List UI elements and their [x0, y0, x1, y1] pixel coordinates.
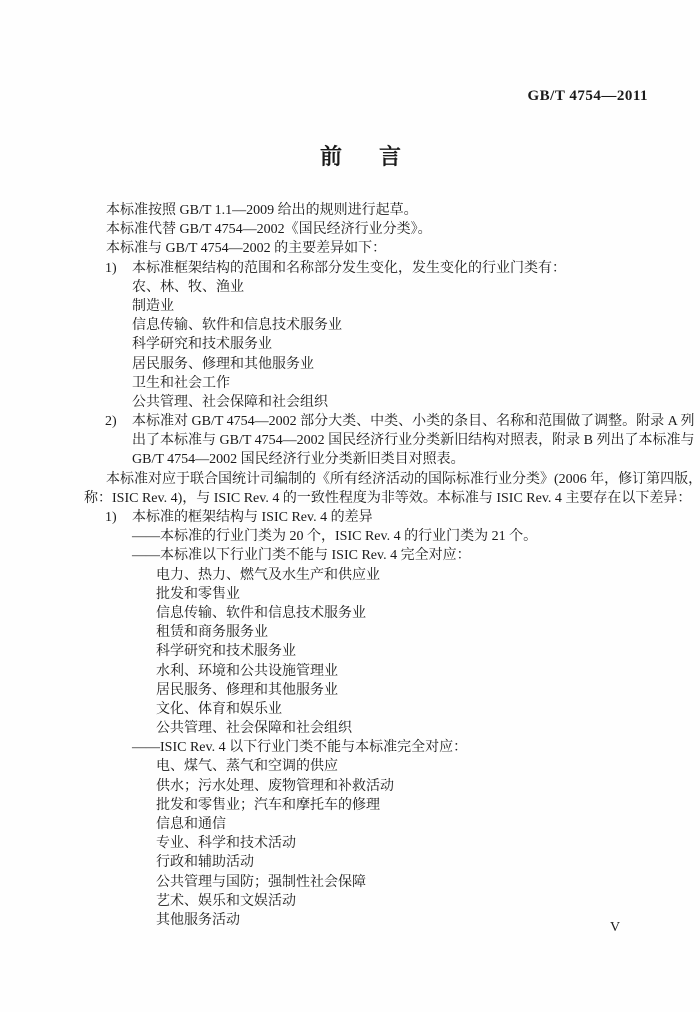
doc-line: 专业、科学和技术活动 [84, 834, 684, 853]
line-text: 本标准的框架结构与 ISIC Rev. 4 的差异 [132, 510, 373, 525]
doc-line: 信息和通信 [84, 815, 684, 834]
line-text: 本标准与 GB/T 4754—2002 的主要差异如下： [106, 241, 386, 256]
line-text: 文化、体育和娱乐业 [156, 702, 282, 717]
line-text: ——本标准以下行业门类不能与 ISIC Rev. 4 完全对应： [132, 548, 471, 563]
line-text: 电、煤气、蒸气和空调的供应 [156, 759, 338, 774]
line-text: GB/T 4754—2002 国民经济行业分类新旧类目对照表。 [132, 452, 465, 467]
line-text: 卫生和社会工作 [132, 376, 230, 391]
doc-line: ——ISIC Rev. 4 以下行业门类不能与本标准完全对应： [84, 738, 684, 757]
doc-line: 电力、热力、燃气及水生产和供应业 [84, 566, 684, 585]
list-number: 2) [105, 412, 132, 431]
standard-number: GB/T 4754—2011 [528, 88, 649, 105]
line-text: 出了本标准与 GB/T 4754—2002 国民经济行业分类新旧结构对照表，附录… [132, 433, 694, 448]
line-text: 本标准代替 GB/T 4754—2002《国民经济行业分类》。 [106, 222, 432, 237]
list-number: 1) [105, 259, 132, 278]
document-page: GB/T 4754—2011 前言 本标准按照 GB/T 1.1—2009 给出… [0, 0, 700, 1012]
doc-line: 2)本标准对 GB/T 4754—2002 部分大类、中类、小类的条目、名称和范… [84, 412, 684, 431]
line-text: 科学研究和技术服务业 [132, 337, 272, 352]
line-text: 本标准框架结构的范围和名称部分发生变化，发生变化的行业门类有： [132, 261, 566, 276]
line-text: 其他服务活动 [156, 913, 240, 928]
line-text: 公共管理、社会保障和社会组织 [156, 721, 352, 736]
line-text: 称：ISIC Rev. 4)，与 ISIC Rev. 4 的一致性程度为非等效。… [84, 491, 691, 506]
doc-line: 居民服务、修理和其他服务业 [84, 681, 684, 700]
list-number: 1) [105, 508, 132, 527]
line-text: 专业、科学和技术活动 [156, 836, 296, 851]
doc-line: ——本标准以下行业门类不能与 ISIC Rev. 4 完全对应： [84, 546, 684, 565]
line-text: ——ISIC Rev. 4 以下行业门类不能与本标准完全对应： [132, 740, 467, 755]
doc-line: 批发和零售业；汽车和摩托车的修理 [84, 796, 684, 815]
doc-line: 1)本标准框架结构的范围和名称部分发生变化，发生变化的行业门类有： [84, 259, 684, 278]
line-text: 电力、热力、燃气及水生产和供应业 [156, 568, 380, 583]
line-text: 公共管理、社会保障和社会组织 [132, 395, 328, 410]
doc-line: 公共管理、社会保障和社会组织 [84, 393, 684, 412]
doc-line: 公共管理与国防；强制性社会保障 [84, 873, 684, 892]
line-text: 制造业 [132, 299, 174, 314]
doc-line: 称：ISIC Rev. 4)，与 ISIC Rev. 4 的一致性程度为非等效。… [84, 489, 684, 508]
doc-line: 本标准与 GB/T 4754—2002 的主要差异如下： [84, 239, 684, 258]
line-text: 艺术、娱乐和文娱活动 [156, 894, 296, 909]
line-text: 本标准按照 GB/T 1.1—2009 给出的规则进行起草。 [106, 203, 418, 218]
doc-line: 艺术、娱乐和文娱活动 [84, 892, 684, 911]
doc-line: 科学研究和技术服务业 [84, 642, 684, 661]
line-text: 本标准对 GB/T 4754—2002 部分大类、中类、小类的条目、名称和范围做… [132, 414, 694, 429]
doc-line: GB/T 4754—2002 国民经济行业分类新旧类目对照表。 [84, 450, 684, 469]
doc-line: 供水；污水处理、废物管理和补救活动 [84, 777, 684, 796]
line-text: 信息和通信 [156, 817, 226, 832]
doc-line: 出了本标准与 GB/T 4754—2002 国民经济行业分类新旧结构对照表，附录… [84, 431, 684, 450]
doc-line: 科学研究和技术服务业 [84, 335, 684, 354]
doc-line: 水利、环境和公共设施管理业 [84, 662, 684, 681]
line-text: ——本标准的行业门类为 20 个，ISIC Rev. 4 的行业门类为 21 个… [132, 529, 537, 544]
doc-line: 1)本标准的框架结构与 ISIC Rev. 4 的差异 [84, 508, 684, 527]
line-text: 本标准对应于联合国统计司编制的《所有经济活动的国际标准行业分类》(2006 年，… [106, 472, 700, 487]
line-text: 公共管理与国防；强制性社会保障 [156, 875, 366, 890]
doc-line: 本标准按照 GB/T 1.1—2009 给出的规则进行起草。 [84, 201, 684, 220]
doc-line: 其他服务活动 [84, 911, 684, 930]
title-char-qian: 前 [320, 144, 343, 169]
line-text: 科学研究和技术服务业 [156, 644, 296, 659]
doc-line: 农、林、牧、渔业 [84, 278, 684, 297]
line-text: 行政和辅助活动 [156, 855, 254, 870]
doc-line: 卫生和社会工作 [84, 374, 684, 393]
doc-line: 居民服务、修理和其他服务业 [84, 355, 684, 374]
line-text: 供水；污水处理、废物管理和补救活动 [156, 779, 394, 794]
line-text: 农、林、牧、渔业 [132, 280, 244, 295]
line-text: 居民服务、修理和其他服务业 [156, 683, 338, 698]
line-text: 租赁和商务服务业 [156, 625, 268, 640]
doc-line: 电、煤气、蒸气和空调的供应 [84, 757, 684, 776]
doc-line: 本标准代替 GB/T 4754—2002《国民经济行业分类》。 [84, 220, 684, 239]
doc-line: 文化、体育和娱乐业 [84, 700, 684, 719]
doc-line: 本标准对应于联合国统计司编制的《所有经济活动的国际标准行业分类》(2006 年，… [84, 470, 684, 489]
doc-line: ——本标准的行业门类为 20 个，ISIC Rev. 4 的行业门类为 21 个… [84, 527, 684, 546]
doc-line: 制造业 [84, 297, 684, 316]
line-text: 信息传输、软件和信息技术服务业 [132, 318, 342, 333]
doc-line: 租赁和商务服务业 [84, 623, 684, 642]
doc-lines: 本标准按照 GB/T 1.1—2009 给出的规则进行起草。本标准代替 GB/T… [84, 201, 684, 930]
doc-line: 批发和零售业 [84, 585, 684, 604]
line-text: 批发和零售业；汽车和摩托车的修理 [156, 798, 380, 813]
doc-line: 公共管理、社会保障和社会组织 [84, 719, 684, 738]
page-number: V [610, 920, 620, 936]
page-title: 前言 [0, 140, 700, 171]
doc-line: 信息传输、软件和信息技术服务业 [84, 316, 684, 335]
line-text: 信息传输、软件和信息技术服务业 [156, 606, 366, 621]
title-char-yan: 言 [379, 144, 402, 169]
line-text: 水利、环境和公共设施管理业 [156, 664, 338, 679]
doc-line: 行政和辅助活动 [84, 853, 684, 872]
doc-line: 信息传输、软件和信息技术服务业 [84, 604, 684, 623]
line-text: 居民服务、修理和其他服务业 [132, 357, 314, 372]
line-text: 批发和零售业 [156, 587, 240, 602]
